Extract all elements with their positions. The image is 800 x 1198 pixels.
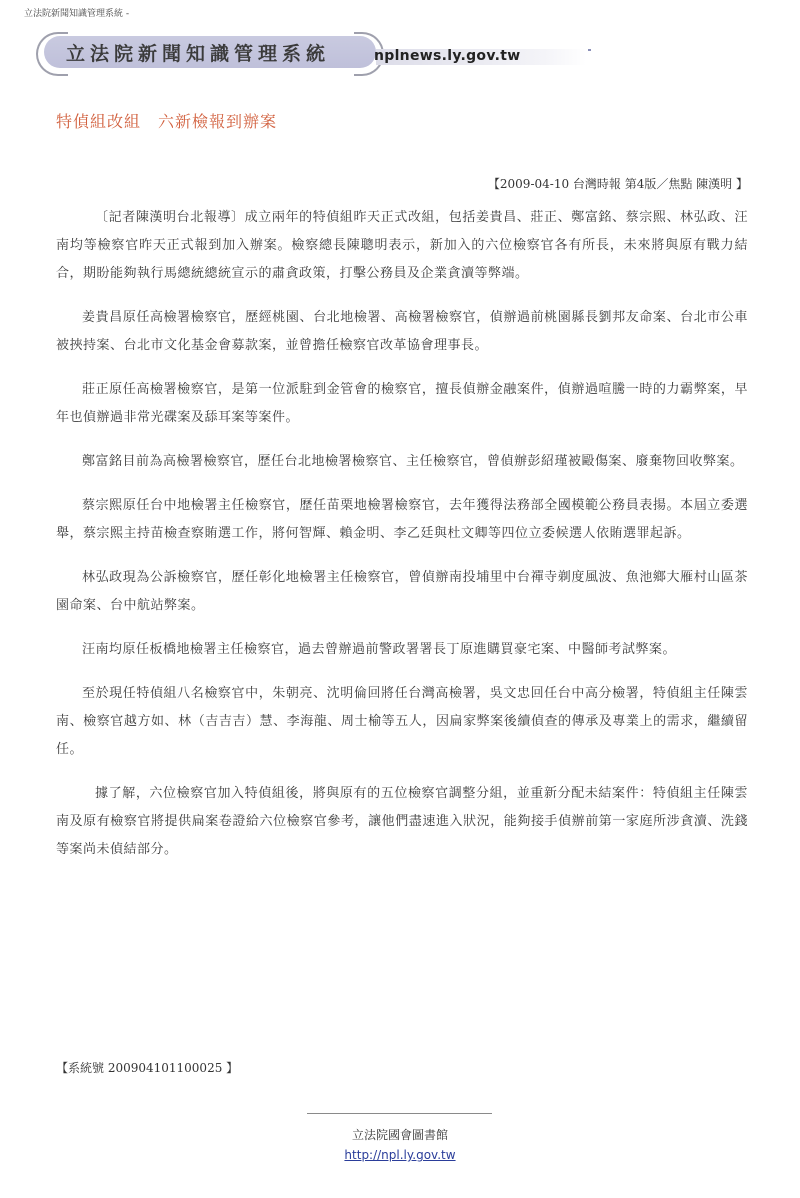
footer-organization: 立法院國會圖書館 — [0, 1126, 800, 1143]
window-label: 立法院新聞知識管理系統 - — [24, 6, 129, 19]
system-number: 【系統號 200904101100025 】 — [56, 1059, 238, 1076]
footer-divider — [307, 1113, 492, 1114]
banner-url: nplnews.ly.gov.tw — [374, 48, 520, 64]
article-paragraph: 至於現任特偵組八名檢察官中，朱朝亮、沈明倫回將任台灣高檢署，吳文忠回任台中高分檢… — [56, 680, 748, 764]
footer-website-link[interactable]: http://npl.ly.gov.tw — [344, 1148, 455, 1162]
banner-title: 立法院新聞知識管理系統 — [66, 39, 356, 66]
article-paragraph: 據了解，六位檢察官加入特偵組後，將與原有的五位檢察官調整分組，並重新分配未結案件… — [56, 780, 748, 864]
article-paragraph: 〔記者陳漢明台北報導〕成立兩年的特偵組昨天正式改組，包括姜貴昌、莊正、鄭富銘、蔡… — [56, 204, 748, 288]
article-headline: 特偵組改組 六新檢報到辦案 — [56, 109, 277, 132]
article-paragraph: 鄭富銘目前為高檢署檢察官，歷任台北地檢署檢察官、主任檢察官，曾偵辦彭紹瑾被毆傷案… — [56, 448, 748, 476]
article-paragraph: 莊正原任高檢署檢察官，是第一位派駐到金管會的檢察官，擅長偵辦金融案件，偵辦過喧騰… — [56, 376, 748, 432]
article-paragraph: 汪南均原任板橋地檢署主任檢察官，過去曾辦過前警政署署長丁原進購買豪宅案、中醫師考… — [56, 636, 748, 664]
banner-dot-decoration — [588, 49, 591, 51]
article-paragraph: 姜貴昌原任高檢署檢察官，歷經桃園、台北地檢署、高檢署檢察官，偵辦過前桃園縣長劉邦… — [56, 304, 748, 360]
article-body: 〔記者陳漢明台北報導〕成立兩年的特偵組昨天正式改組，包括姜貴昌、莊正、鄭富銘、蔡… — [56, 204, 748, 880]
article-source: 【2009-04-10 台灣時報 第4版／焦點 陳漢明 】 — [488, 175, 748, 192]
article-paragraph: 蔡宗熙原任台中地檢署主任檢察官，歷任苗栗地檢署檢察官，去年獲得法務部全國模範公務… — [56, 492, 748, 548]
footer-link-container: http://npl.ly.gov.tw — [0, 1148, 800, 1162]
site-banner: 立法院新聞知識管理系統 nplnews.ly.gov.tw — [36, 32, 596, 72]
article-paragraph: 林弘政現為公訴檢察官，歷任彰化地檢署主任檢察官，曾偵辦南投埔里中台禪寺剃度風波、… — [56, 564, 748, 620]
